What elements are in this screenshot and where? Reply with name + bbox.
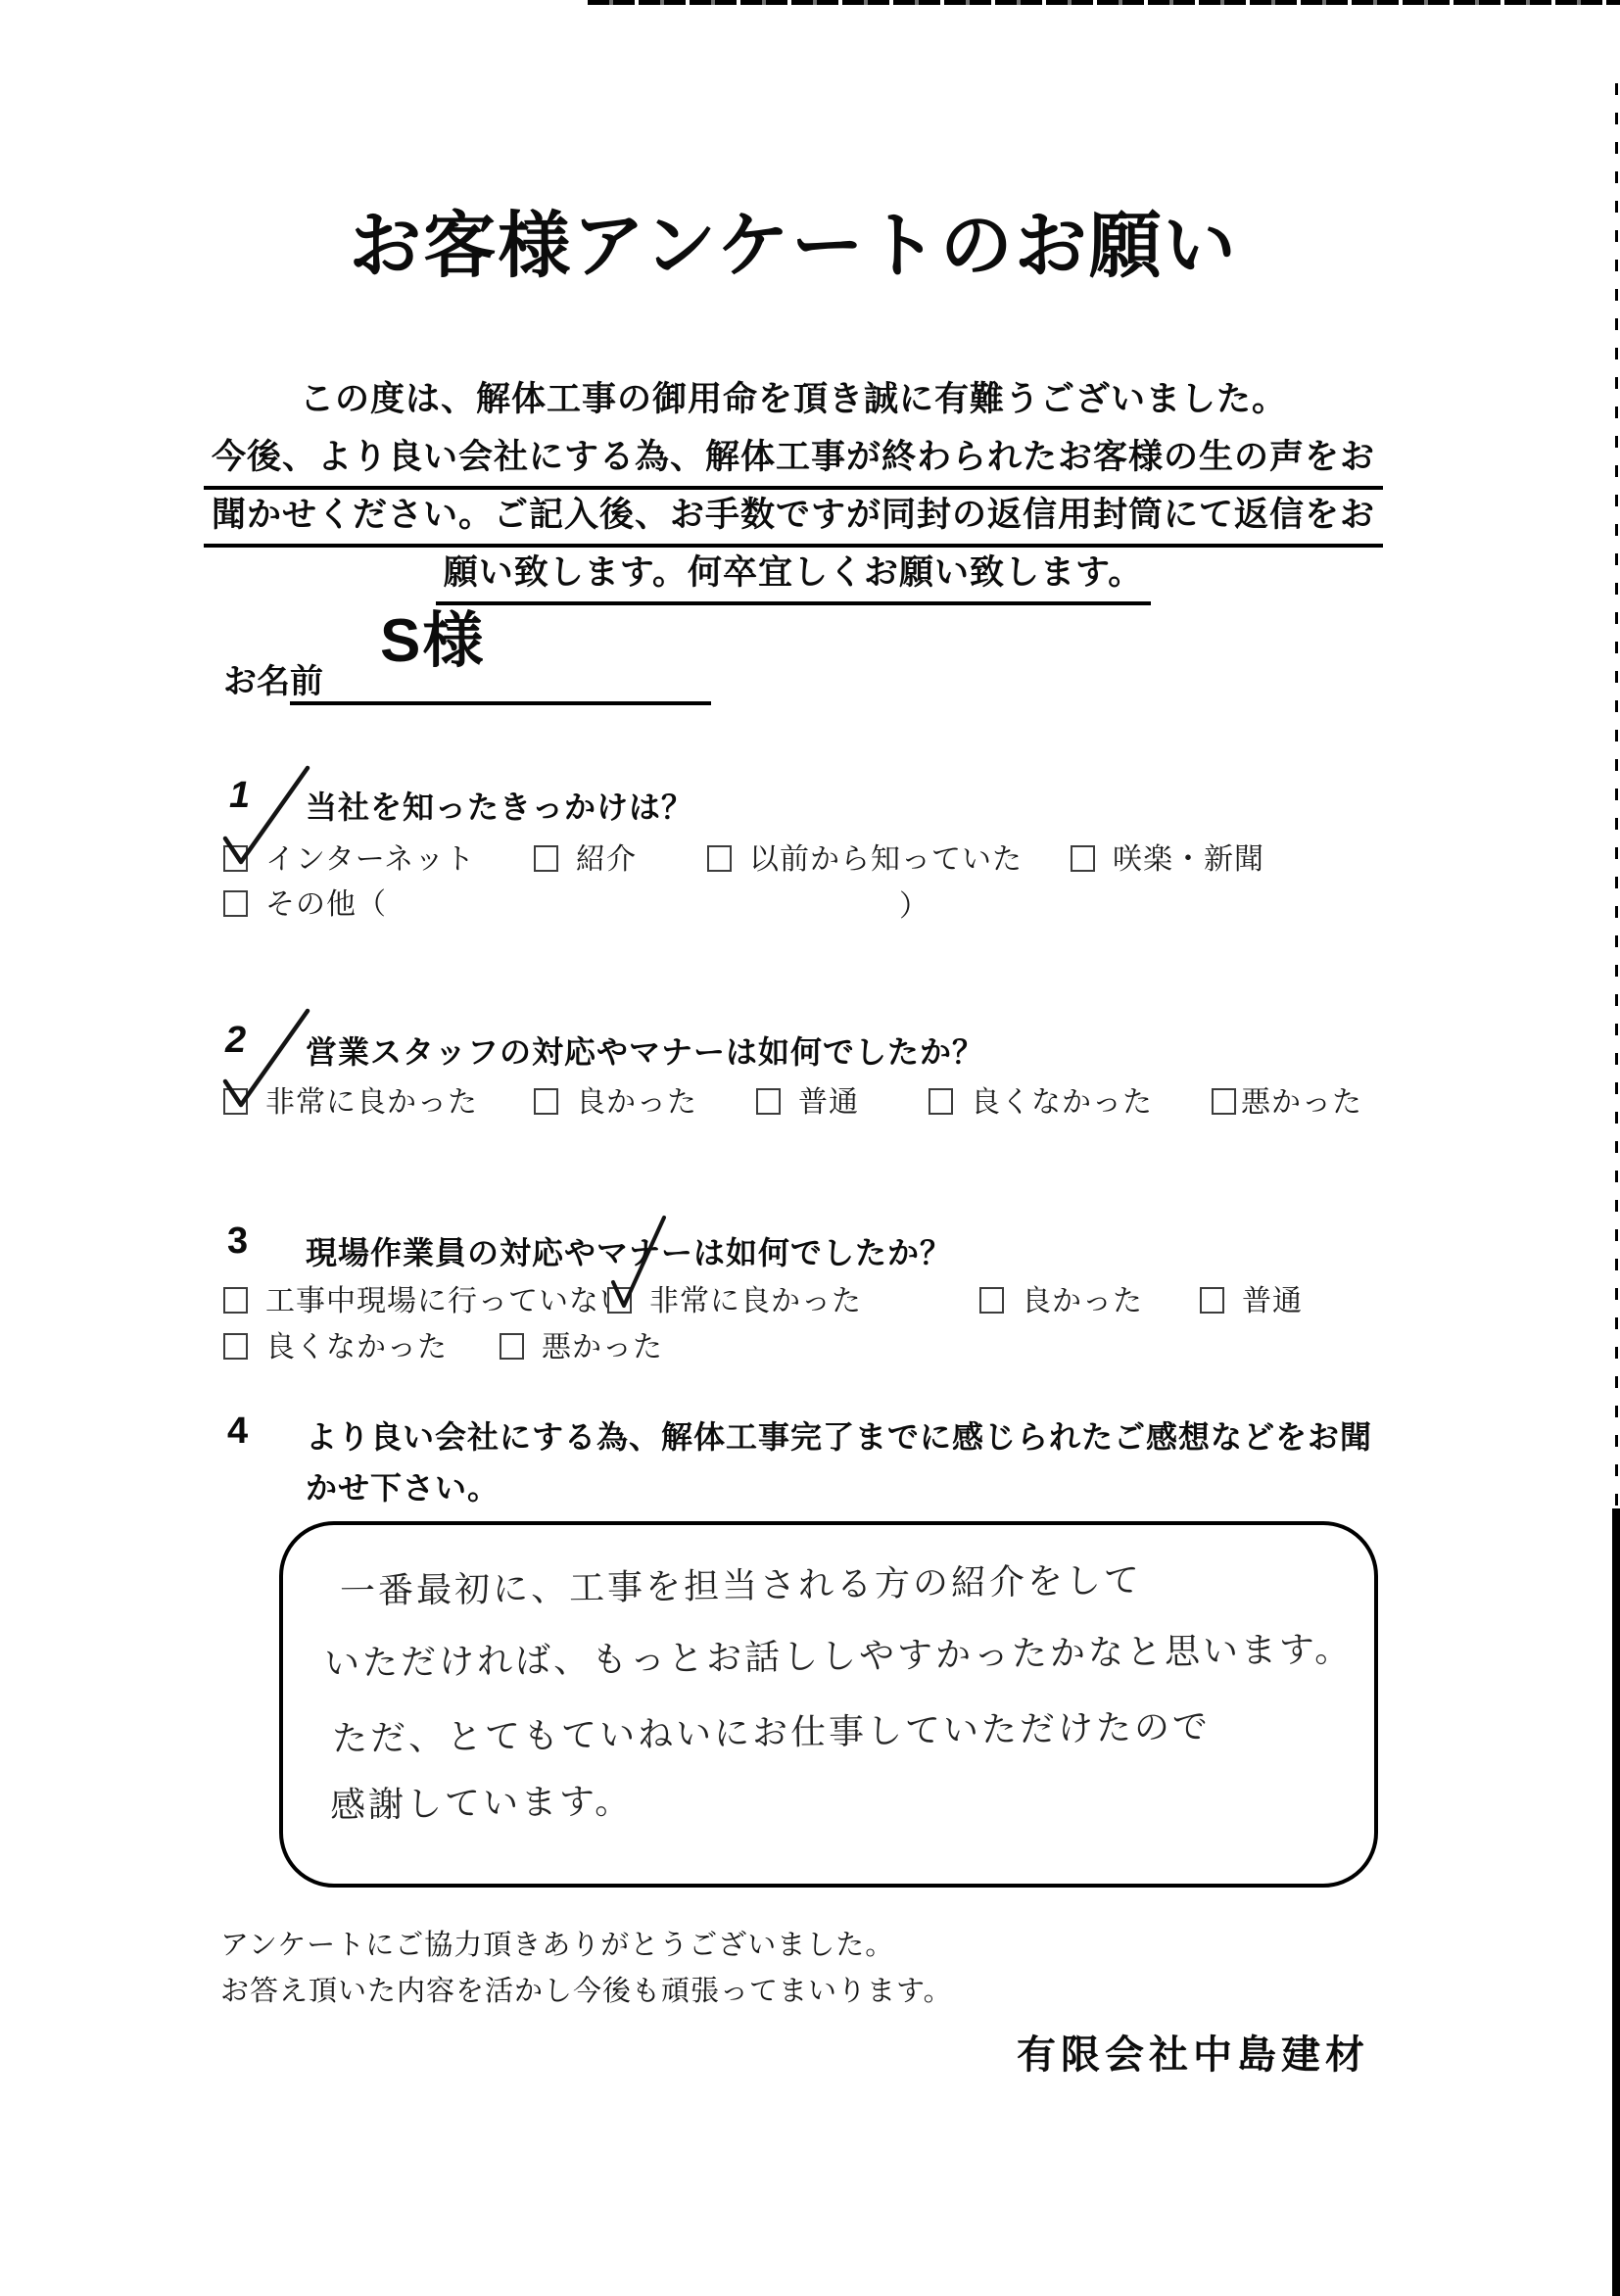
q3-checkbox-very-good[interactable]: [607, 1287, 632, 1314]
intro-line-3: 聞かせください。ご記入後、お手数ですが同封の返信用封筒にて返信をお: [0, 490, 1587, 548]
q1-label-saku-newspaper: 咲楽・新聞: [1113, 835, 1264, 878]
q1-checkbox-knew-before[interactable]: [707, 845, 732, 872]
q1-checkbox-other[interactable]: [223, 890, 248, 917]
q3-option-normal[interactable]: 普通: [1200, 1276, 1303, 1319]
question-3-title: 現場作業員の対応やマナーは如何でしたか？: [306, 1228, 952, 1273]
question-3-number: 3: [227, 1220, 248, 1263]
footer-thanks-line: アンケートにご協力頂きありがとうございました。: [220, 1923, 894, 1963]
q3-option-very-good[interactable]: 非常に良かった: [607, 1276, 862, 1319]
q3-label-normal: 普通: [1242, 1276, 1303, 1319]
intro-line-1: この度は、解体工事の御用命を頂き誠に有難うございました。: [0, 374, 1587, 432]
scan-artifact-right-solid-line: [1612, 1508, 1620, 2296]
q3-checkbox-bad[interactable]: [500, 1333, 524, 1360]
handwritten-comment-line-2: いただければ、もっとお話ししやすかったかなと思います。: [324, 1622, 1354, 1687]
question-2-title: 営業スタッフの対応やマナーは如何でしたか？: [306, 1028, 984, 1073]
question-1-title: 当社を知ったきっかけは？: [306, 783, 693, 828]
name-field-underline[interactable]: [290, 701, 711, 705]
intro-line-2: 今後、より良い会社にする為、解体工事が終わられたお客様の生の声をお: [0, 432, 1587, 490]
q1-option-saku-newspaper[interactable]: 咲楽・新聞: [1071, 835, 1264, 878]
q1-other-close-paren: ）: [899, 882, 929, 925]
scan-artifact-right-dashed-line: [1615, 83, 1618, 1508]
page-title: お客様アンケートのお願い: [0, 188, 1587, 292]
q1-label-referral: 紹介: [576, 835, 637, 878]
q1-option-internet[interactable]: インターネット: [223, 835, 475, 878]
q3-label-very-good: 非常に良かった: [649, 1276, 862, 1319]
footer-promise-line: お答え頂いた内容を活かし今後も頑張ってまいります。: [220, 1969, 953, 2009]
q2-checkbox-bad[interactable]: [1212, 1088, 1236, 1115]
handwritten-comment-line-3: ただ、とてもていねいにお仕事していただけたので: [332, 1699, 1212, 1762]
q2-option-good[interactable]: 良かった: [534, 1077, 697, 1121]
intro-paragraph: この度は、解体工事の御用命を頂き誠に有難うございました。 今後、より良い会社にす…: [0, 374, 1587, 605]
q3-option-not-good[interactable]: 良くなかった: [223, 1322, 448, 1365]
q1-option-other[interactable]: その他（ ）: [223, 880, 929, 923]
q1-option-knew-before[interactable]: 以前から知っていた: [707, 835, 1023, 878]
scan-artifact-top-line: [588, 0, 1620, 5]
q1-label-other: その他（: [265, 880, 387, 923]
q1-option-referral[interactable]: 紹介: [534, 835, 637, 878]
q2-checkbox-not-good[interactable]: [929, 1088, 953, 1115]
q2-label-bad: 悪かった: [1241, 1077, 1362, 1121]
q1-label-knew-before: 以前から知っていた: [749, 835, 1023, 878]
intro-line-4: 願い致します。何卒宜しくお願い致します。: [0, 548, 1587, 605]
q2-option-normal[interactable]: 普通: [756, 1077, 859, 1121]
q3-checkbox-normal[interactable]: [1200, 1287, 1224, 1314]
intro-line-4-text: 願い致します。何卒宜しくお願い致します。: [436, 548, 1151, 605]
handwritten-comment-line-4: 感謝しています。: [330, 1774, 634, 1828]
q1-checkbox-referral[interactable]: [534, 845, 558, 872]
q3-label-not-good: 良くなかった: [265, 1322, 448, 1365]
q2-checkbox-good[interactable]: [534, 1088, 558, 1115]
question-4-title-line-1: より良い会社にする為、解体工事完了までに感じられたご感想などをお聞: [306, 1411, 1372, 1462]
q3-option-bad[interactable]: 悪かった: [500, 1322, 663, 1365]
intro-line-3-text: 聞かせください。ご記入後、お手数ですが同封の返信用封筒にて返信をお: [204, 490, 1383, 548]
q3-checkbox-not-good[interactable]: [223, 1333, 248, 1360]
q2-option-very-good[interactable]: 非常に良かった: [223, 1077, 478, 1121]
name-field-label: お名前: [223, 654, 323, 702]
q3-label-not-visited: 工事中現場に行っていない: [265, 1276, 630, 1319]
q2-label-very-good: 非常に良かった: [265, 1077, 478, 1121]
q3-checkbox-good[interactable]: [979, 1287, 1004, 1314]
name-field-value[interactable]: S様: [380, 592, 485, 679]
q2-option-bad[interactable]: 悪かった: [1212, 1077, 1362, 1121]
q2-label-not-good: 良くなかった: [971, 1077, 1153, 1121]
q3-label-bad: 悪かった: [542, 1322, 663, 1365]
q1-checkbox-saku-newspaper[interactable]: [1071, 845, 1095, 872]
intro-line-2-text: 今後、より良い会社にする為、解体工事が終わられたお客様の生の声をお: [204, 432, 1383, 490]
intro-line-1-text: この度は、解体工事の御用命を頂き誠に有難うございました。: [300, 380, 1287, 418]
survey-form-page: お客様アンケートのお願い この度は、解体工事の御用命を頂き誠に有難うございました…: [0, 0, 1620, 2296]
q2-checkbox-normal[interactable]: [756, 1088, 781, 1115]
q3-option-not-visited[interactable]: 工事中現場に行っていない: [223, 1276, 630, 1319]
q3-option-good[interactable]: 良かった: [979, 1276, 1143, 1319]
question-1-number: 1: [229, 775, 250, 817]
q3-checkbox-not-visited[interactable]: [223, 1287, 248, 1314]
q1-label-internet: インターネット: [265, 835, 475, 878]
company-name: 有限会社中島建材: [1017, 2024, 1369, 2080]
handwritten-comment-line-1: 一番最初に、工事を担当される方の紹介をして: [340, 1553, 1143, 1613]
question-2-number: 2: [225, 1020, 246, 1062]
q1-checkbox-internet[interactable]: [223, 845, 248, 872]
comment-answer-box[interactable]: 一番最初に、工事を担当される方の紹介をして いただければ、もっとお話ししやすかっ…: [279, 1521, 1378, 1888]
q2-label-good: 良かった: [576, 1077, 697, 1121]
q3-label-good: 良かった: [1022, 1276, 1143, 1319]
q2-checkbox-very-good[interactable]: [223, 1088, 248, 1115]
q2-label-normal: 普通: [798, 1077, 859, 1121]
q2-option-not-good[interactable]: 良くなかった: [929, 1077, 1153, 1121]
question-4-number: 4: [227, 1411, 248, 1453]
question-4-title-line-2: かせ下さい。: [306, 1462, 500, 1513]
